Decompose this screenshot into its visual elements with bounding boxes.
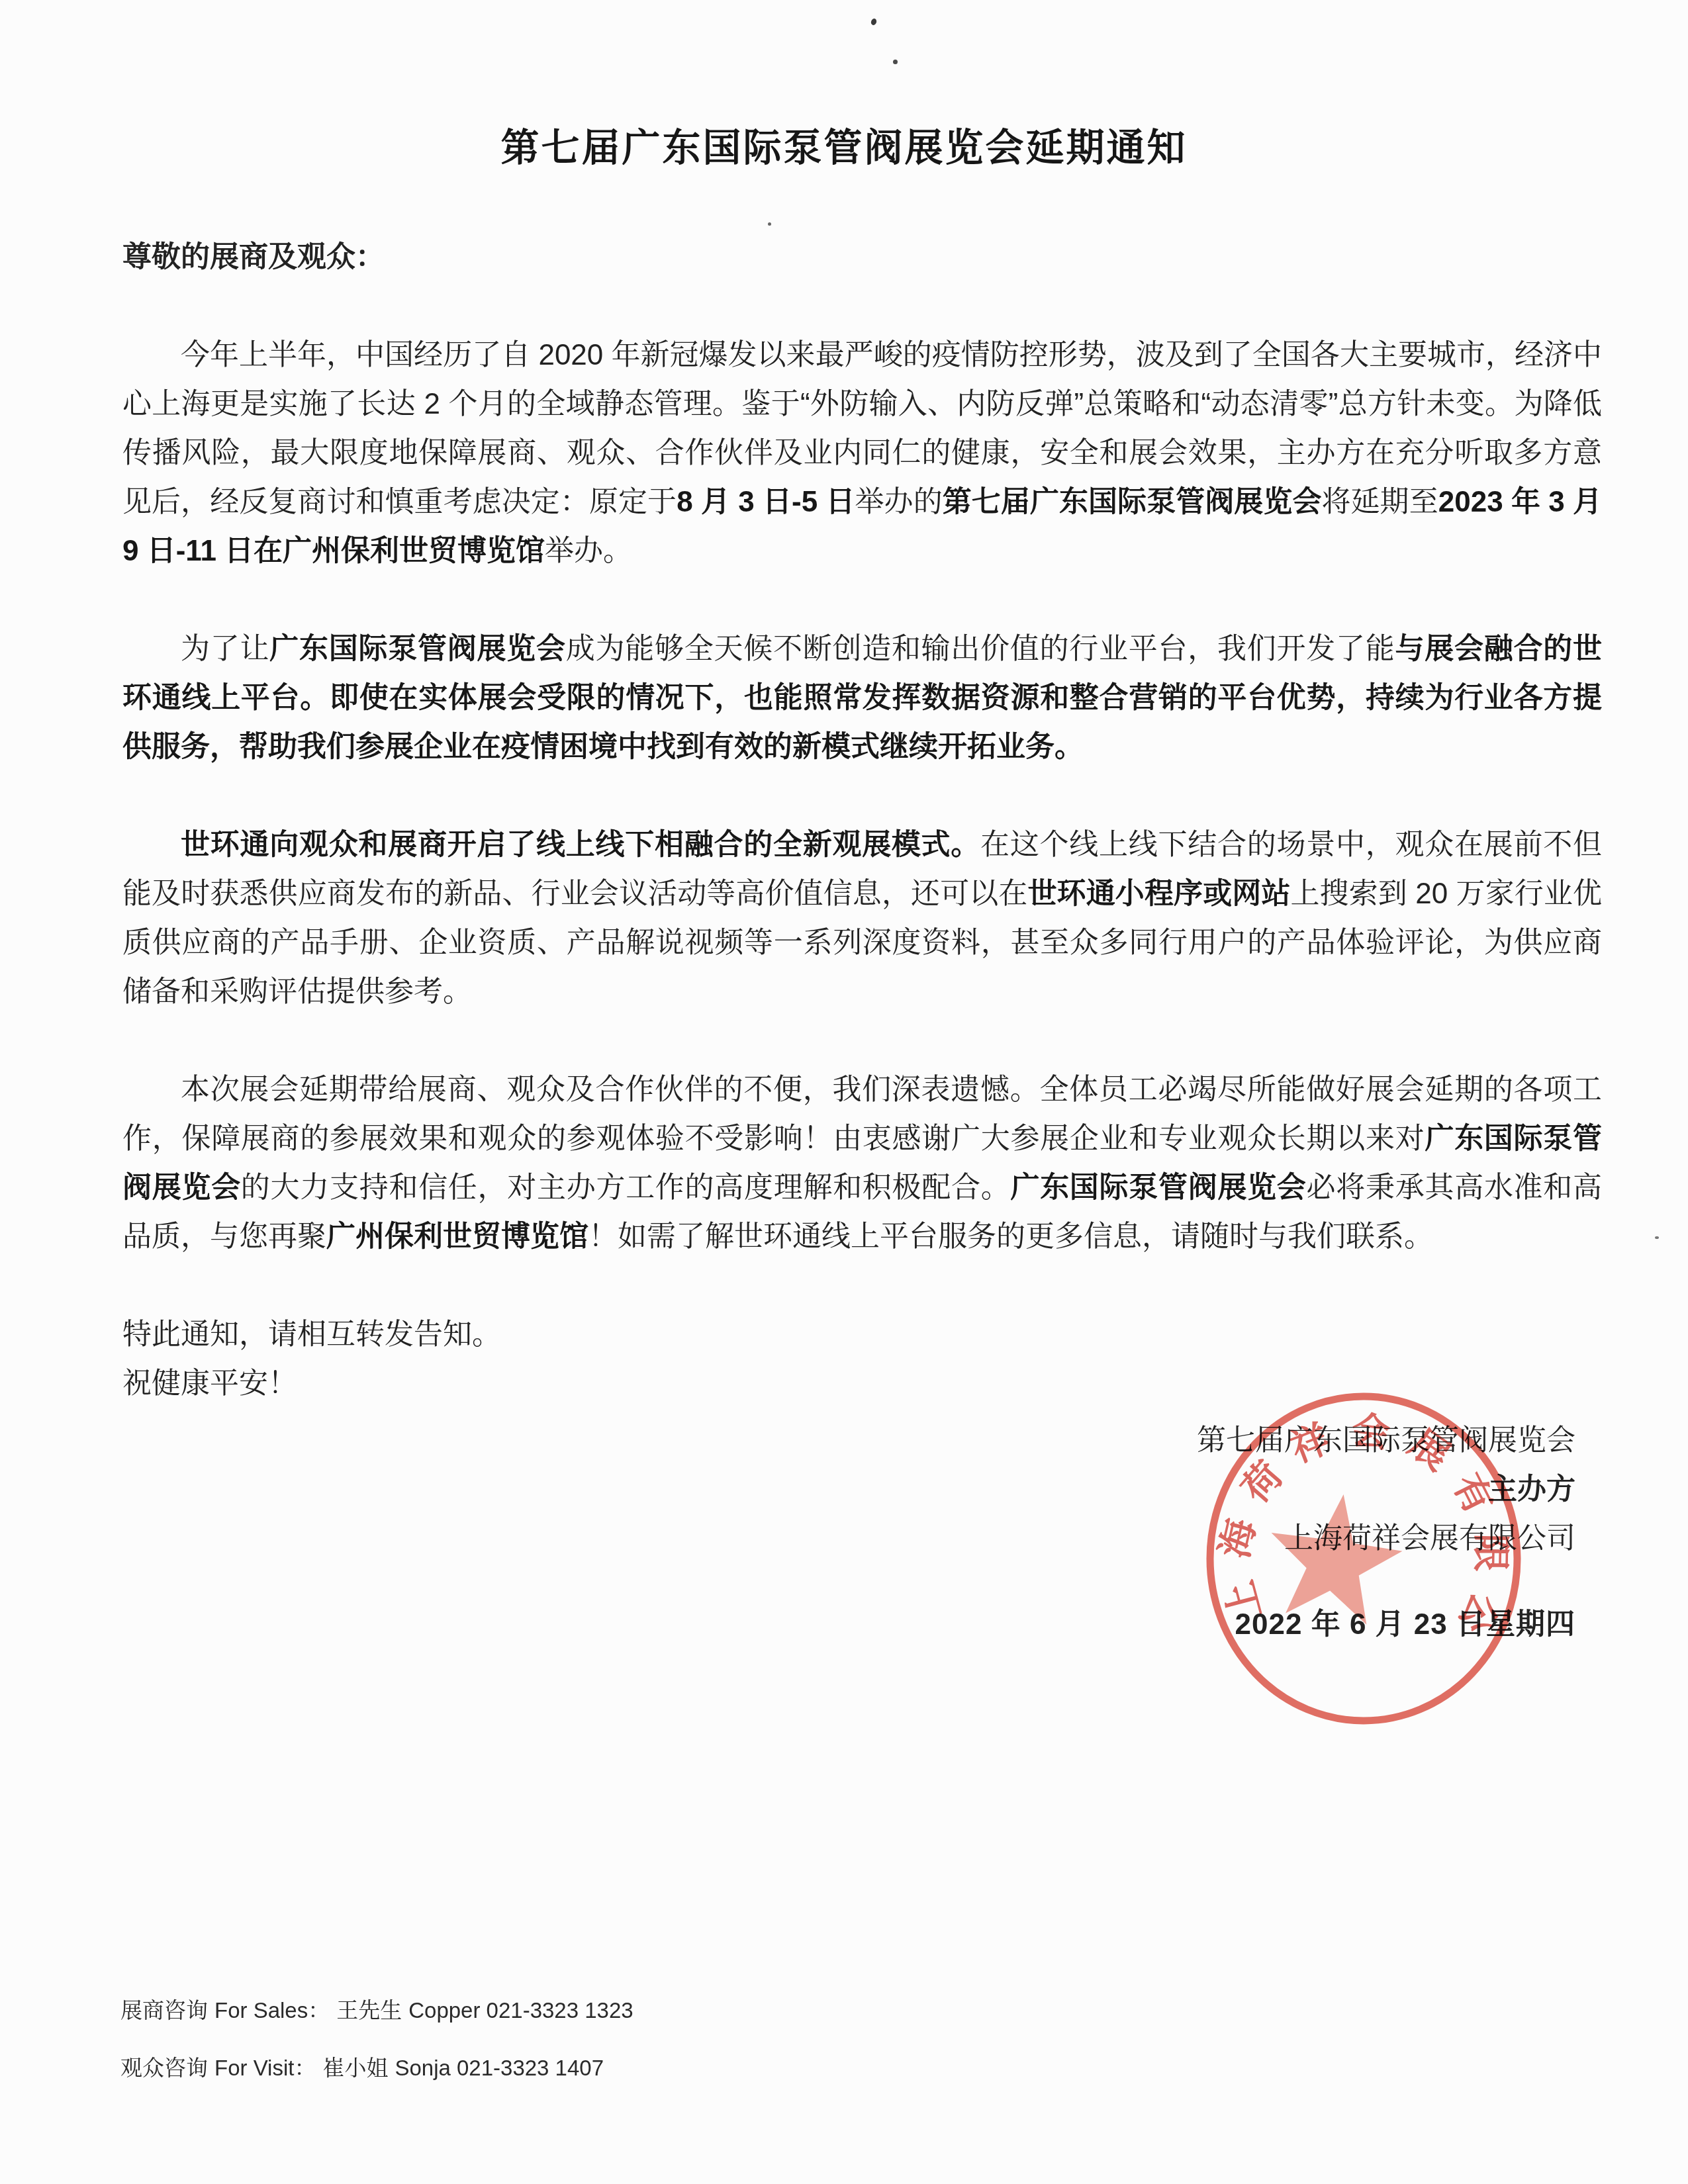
text-run: 将延期至	[1322, 486, 1438, 518]
scan-speck	[870, 18, 878, 26]
sales-en-label: For Sales：	[214, 1998, 330, 2023]
text-run-bold: 8 月 3 日-5 日	[677, 486, 855, 518]
visit-contact-line: 观众咨询For Visit：崔小姐Sonja 021-3323 1407	[120, 2054, 640, 2083]
text-run-bold: 广东国际泵管阀展览会	[269, 633, 565, 665]
text-run: 举办的	[855, 486, 943, 518]
paragraph-3: 世环通向观众和展商开启了线上线下相融合的全新观展模式。在这个线上线下结合的场景中…	[122, 821, 1602, 1017]
sales-zh-label: 展商咨询	[120, 1999, 208, 2023]
visit-zh-label: 观众咨询	[120, 2057, 208, 2081]
text-run: 举办。	[545, 535, 632, 567]
scan-speck	[1655, 1236, 1659, 1239]
text-run: 为了让	[181, 633, 269, 665]
scan-speck	[893, 60, 898, 64]
signature-role: 主办方	[1197, 1465, 1575, 1514]
scan-speck	[768, 222, 771, 226]
page-title: 第七届广东国际泵管阀展览会延期通知	[0, 116, 1688, 172]
salutation: 尊敬的展商及观众：	[122, 233, 1602, 282]
sales-phone: Copper 021-3323 1323	[408, 1998, 633, 2023]
text-run: ！如需了解世环通线上平台服务的更多信息，请随时与我们联系。	[588, 1220, 1433, 1253]
visit-en-label: For Visit：	[214, 2056, 316, 2080]
sales-contact-line: 展商咨询For Sales：王先生Copper 021-3323 1323	[120, 1996, 640, 2026]
text-run-bold: 广东国际泵管阀展览会	[1010, 1171, 1306, 1204]
visit-phone: Sonja 021-3323 1407	[395, 2056, 604, 2080]
closing-line-1: 特此通知，请相互转发告知。	[122, 1310, 1602, 1359]
paragraph-4: 本次展会延期带给展商、观众及合作伙伴的不便，我们深表遗憾。全体员工必竭尽所能做好…	[122, 1066, 1602, 1261]
signature-date: 2022 年 6 月 23 日星期四	[1197, 1600, 1575, 1649]
signature-company: 上海荷祥会展有限公司	[1197, 1514, 1575, 1563]
letter-body: 尊敬的展商及观众： 今年上半年，中国经历了自 2020 年新冠爆发以来最严峻的疫…	[122, 233, 1602, 1408]
scanned-notice-page: 第七届广东国际泵管阀展览会延期通知 尊敬的展商及观众： 今年上半年，中国经历了自…	[0, 0, 1688, 2184]
text-run: 本次展会延期带给展商、观众及合作伙伴的不便，我们深表遗憾。全体员工必竭尽所能做好…	[122, 1073, 1602, 1155]
paragraph-1: 今年上半年，中国经历了自 2020 年新冠爆发以来最严峻的疫情防控形势，波及到了…	[122, 331, 1602, 576]
text-run-bold: 第七届广东国际泵管阀展览会	[943, 486, 1322, 518]
signature-exhibition-name: 第七届广东国际泵管阀展览会	[1197, 1416, 1575, 1465]
closing-line-2: 祝健康平安！	[122, 1359, 1602, 1408]
text-run-bold: 广州保利世贸博览馆	[326, 1220, 588, 1253]
signature-block: 第七届广东国际泵管阀展览会 主办方 上海荷祥会展有限公司 2022 年 6 月 …	[1197, 1416, 1575, 1649]
text-run-bold: 世环通向观众和展商开启了线上线下相融合的全新观展模式。	[181, 829, 980, 861]
sales-contact-name: 王先生	[336, 1999, 402, 2023]
text-run-bold: 世环通小程序或网站	[1027, 878, 1290, 910]
visit-contact-name: 崔小姐	[322, 2057, 388, 2081]
contact-footer: 展商咨询For Sales：王先生Copper 021-3323 1323 观众…	[120, 1996, 640, 2083]
text-run: 的大力支持和信任，对主办方工作的高度理解和积极配合。	[241, 1171, 1011, 1204]
text-run: 成为能够全天候不断创造和输出价值的行业平台，我们开发了能	[566, 633, 1395, 665]
paragraph-2: 为了让广东国际泵管阀展览会成为能够全天候不断创造和输出价值的行业平台，我们开发了…	[122, 625, 1602, 772]
